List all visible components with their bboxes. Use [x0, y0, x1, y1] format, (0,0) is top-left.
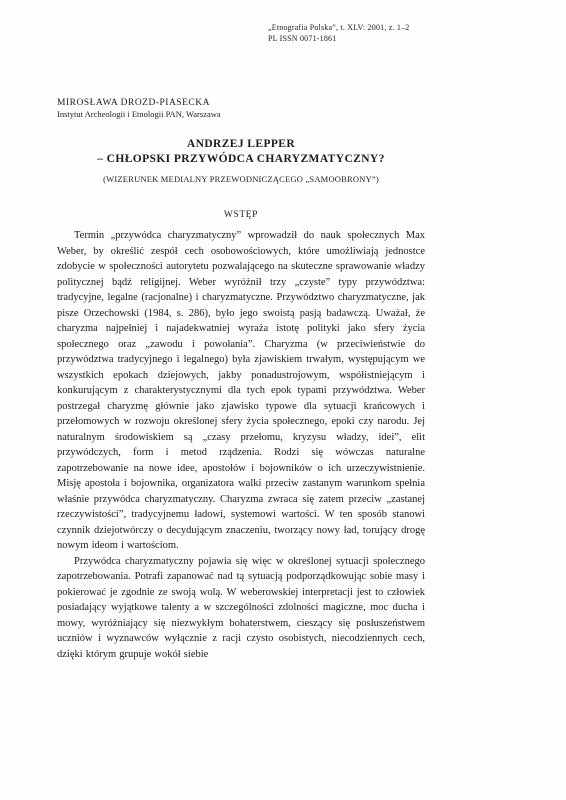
author-name: MIROSŁAWA DROZD-PIASECKA	[57, 97, 221, 109]
body-paragraph: Przywódca charyzmatyczny pojawia się wię…	[57, 554, 425, 663]
author-affiliation: Instytut Archeologii i Etnologii PAN, Wa…	[57, 109, 221, 120]
journal-header: „Etnografia Polska”, t. XLV: 2001, z. 1–…	[268, 23, 410, 44]
article-body: Termin „przywódca charyzmatyczny” wprowa…	[57, 228, 425, 662]
article-subtitle: (WIZERUNEK MEDIALNY PRZEWODNICZĄCEGO „SA…	[57, 174, 425, 184]
section-heading: WSTĘP	[57, 210, 425, 220]
journal-page: „Etnografia Polska”, t. XLV: 2001, z. 1–…	[0, 0, 566, 800]
journal-issn: PL ISSN 0071-1861	[268, 34, 410, 45]
article-title-line2: – CHŁOPSKI PRZYWÓDCA CHARYZMATYCZNY?	[57, 152, 425, 167]
article-title: ANDRZEJ LEPPER – CHŁOPSKI PRZYWÓDCA CHAR…	[57, 137, 425, 166]
body-paragraph: Termin „przywódca charyzmatyczny” wprowa…	[57, 228, 425, 554]
journal-header-line1: „Etnografia Polska”, t. XLV: 2001, z. 1–…	[268, 23, 410, 34]
article-title-line1: ANDRZEJ LEPPER	[57, 137, 425, 152]
author-block: MIROSŁAWA DROZD-PIASECKA Instytut Archeo…	[57, 97, 221, 120]
